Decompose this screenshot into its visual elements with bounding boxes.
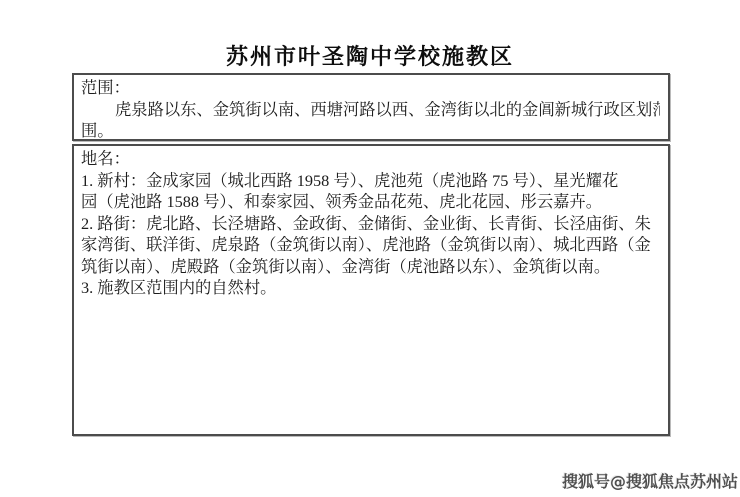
- names-item-streets-line: 2. 路街：虎北路、长泾塘路、金政街、金储街、金业街、长青街、长泾庙街、朱: [81, 213, 660, 235]
- page-title: 苏州市叶圣陶中学校施教区: [0, 40, 740, 71]
- range-text-line: 围。: [81, 120, 660, 142]
- names-label: 地名：: [81, 148, 660, 170]
- watermark-sohu: 搜狐号@搜狐焦点苏州站: [562, 469, 738, 492]
- names-item-streets-line: 家湾街、联洋街、虎泉路（金筑街以南）、虎池路（金筑街以南）、城北西路（金: [81, 234, 660, 256]
- names-item-newvillage-line: 园（虎池路 1588 号）、和泰家园、领秀金品花苑、虎北花园、彤云嘉卉。: [81, 191, 660, 213]
- names-item-newvillage-line: 1. 新村：金成家园（城北西路 1958 号）、虎池苑（虎池路 75 号）、星光…: [81, 170, 660, 192]
- names-item-villages-line: 3. 施教区范围内的自然村。: [81, 277, 660, 299]
- names-item-streets-line: 筑街以南）、虎殿路（金筑街以南）、金湾街（虎池路以东）、金筑街以南。: [81, 256, 660, 278]
- names-section: 地名： 1. 新村：金成家园（城北西路 1958 号）、虎池苑（虎池路 75 号…: [72, 144, 670, 436]
- range-text-line: 虎泉路以东、金筑街以南、西塘河路以西、金湾街以北的金阊新城行政区划范: [81, 99, 660, 121]
- range-section: 范围： 虎泉路以东、金筑街以南、西塘河路以西、金湾街以北的金阊新城行政区划范 围…: [72, 73, 670, 141]
- range-label: 范围：: [81, 77, 660, 99]
- document-page: 苏州市叶圣陶中学校施教区 范围： 虎泉路以东、金筑街以南、西塘河路以西、金湾街以…: [0, 0, 740, 497]
